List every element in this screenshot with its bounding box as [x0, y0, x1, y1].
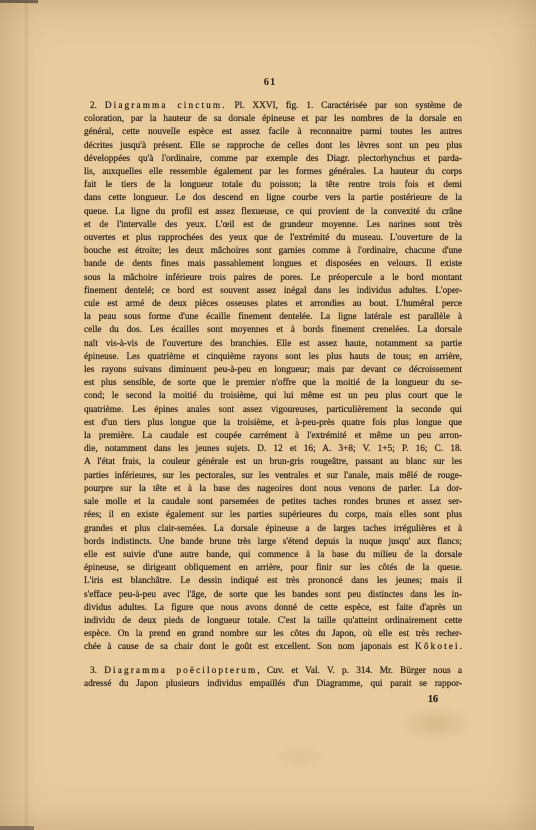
text-line: rées; il en existe également sur les par… [84, 509, 462, 522]
scan-edge-mark-bottom-left [0, 826, 34, 830]
text-run: 3. [90, 666, 104, 676]
page-number: 61 [84, 77, 456, 88]
species-name: Diagramma cinctum. [105, 101, 227, 111]
text-run: chée à cause de sa chair dont le goût es… [84, 642, 415, 652]
text-line: général, cette nouvelle espèce est assez… [84, 126, 462, 139]
text-line: parties inférieures, sur les pectorales,… [84, 470, 462, 483]
text-line: la première. La caudale est coupée carré… [84, 430, 462, 443]
text-line: épineuse. Les quatrième et cinquième ray… [84, 351, 462, 364]
text-run: Pl. XXVI, fig. 1. Caractérisée par son s… [227, 101, 462, 111]
text-line: individu de deux pieds de longueur total… [84, 615, 462, 628]
paragraph-diagramma-poecilopterum: 3. Diagramma poëcilopterum, Cuv. et Val.… [84, 665, 462, 691]
text-line: sale molle et la caudale sont parsemées … [84, 496, 462, 509]
text-line: A l'état frais, la couleur générale est … [84, 456, 462, 469]
text-line: naît vis-à-vis de l'ouverture des branch… [84, 338, 462, 351]
text-line: fait le tiers de la longueur totale du p… [84, 179, 462, 192]
text-line: elle est suivie d'une autre bande, qui c… [84, 549, 462, 562]
text-block: 2. Diagramma cinctum. Pl. XXVI, fig. 1. … [84, 100, 462, 706]
text-line: 2. Diagramma cinctum. Pl. XXVI, fig. 1. … [84, 100, 462, 113]
scan-edge-mark-top-left [0, 0, 38, 3]
text-line: 3. Diagramma poëcilopterum, Cuv. et Val.… [84, 665, 462, 678]
text-run: , Cuv. et Val. V. p. 314. Mr. Bürger nou… [257, 666, 462, 676]
text-line: lis, auxquelles elle ressemble également… [84, 166, 462, 179]
text-line: bords indistincts. Une bande brune très … [84, 536, 462, 549]
signature-number: 16 [84, 693, 462, 706]
text-line: bande de dents fines mais passablement l… [84, 258, 462, 271]
text-line: coloration, par la hauteur de sa dorsale… [84, 113, 462, 126]
text-line: la peau sous forme d'une écaille finemen… [84, 311, 462, 324]
text-line: développées qu'à l'ordinaire, comme par … [84, 153, 462, 166]
text-line: pourpre sur la tête et à la base des nag… [84, 483, 462, 496]
text-line: sous la mâchoire inférieure trois paires… [84, 272, 462, 285]
text-line: finement dentelé; ce bord est souvent as… [84, 285, 462, 298]
text-line: L'iris est blanchâtre. Le dessin indiqué… [84, 575, 462, 588]
text-line: quatrième. Les épines anales sont assez … [84, 404, 462, 417]
text-line: cule est armé de deux pièces osseuses pl… [84, 298, 462, 311]
text-line: est plus sensible, de sorte que le premi… [84, 377, 462, 390]
text-line: queue. La ligne du profil est assez flex… [84, 206, 462, 219]
text-line: décrites jusqu'à présent. Elle se rappro… [84, 140, 462, 153]
text-line: bouche est étroite; les deux mâchoires s… [84, 245, 462, 258]
text-line: die, notamment dans les jeunes sujets. D… [84, 443, 462, 456]
text-line: grandes et plus clair-semées. La dorsale… [84, 523, 462, 536]
text-line: les rayons suivans diminuent peu-à-peu e… [84, 364, 462, 377]
text-line: dans cette longueur. Le dos descend en l… [84, 192, 462, 205]
text-line: épineuse, se dirigeant obliquement en ar… [84, 562, 462, 575]
text-line: cond; le second la moitié du troisième, … [84, 390, 462, 403]
text-line: et de l'intervalle des yeux. L'œil est d… [84, 219, 462, 232]
species-name: Diagramma poëcilopterum [104, 666, 257, 676]
text-line: celle du dos. Les écailles sont moyennes… [84, 324, 462, 337]
text-run: . [460, 642, 462, 652]
text-line: chée à cause de sa chair dont le goût es… [84, 641, 462, 654]
text-run: 2. [90, 101, 105, 111]
text-line: espèce. On la prend en grand nombre sur … [84, 628, 462, 641]
text-line: ouvertes et plus rapprochées des yeux qu… [84, 232, 462, 245]
species-name: Kôkotei [415, 642, 460, 652]
book-page: 61 2. Diagramma cinctum. Pl. XXVI, fig. … [0, 0, 536, 830]
paragraph-diagramma-cinctum: 2. Diagramma cinctum. Pl. XXVI, fig. 1. … [84, 100, 462, 655]
text-line: s'efface peu-à-peu avec l'âge, de sorte … [84, 589, 462, 602]
text-line: dividus adultes. La figure que nous avon… [84, 602, 462, 615]
text-line: est d'un tiers plus longue que la troisi… [84, 417, 462, 430]
text-line: adressé du Japon plusieurs individus emp… [84, 678, 462, 691]
